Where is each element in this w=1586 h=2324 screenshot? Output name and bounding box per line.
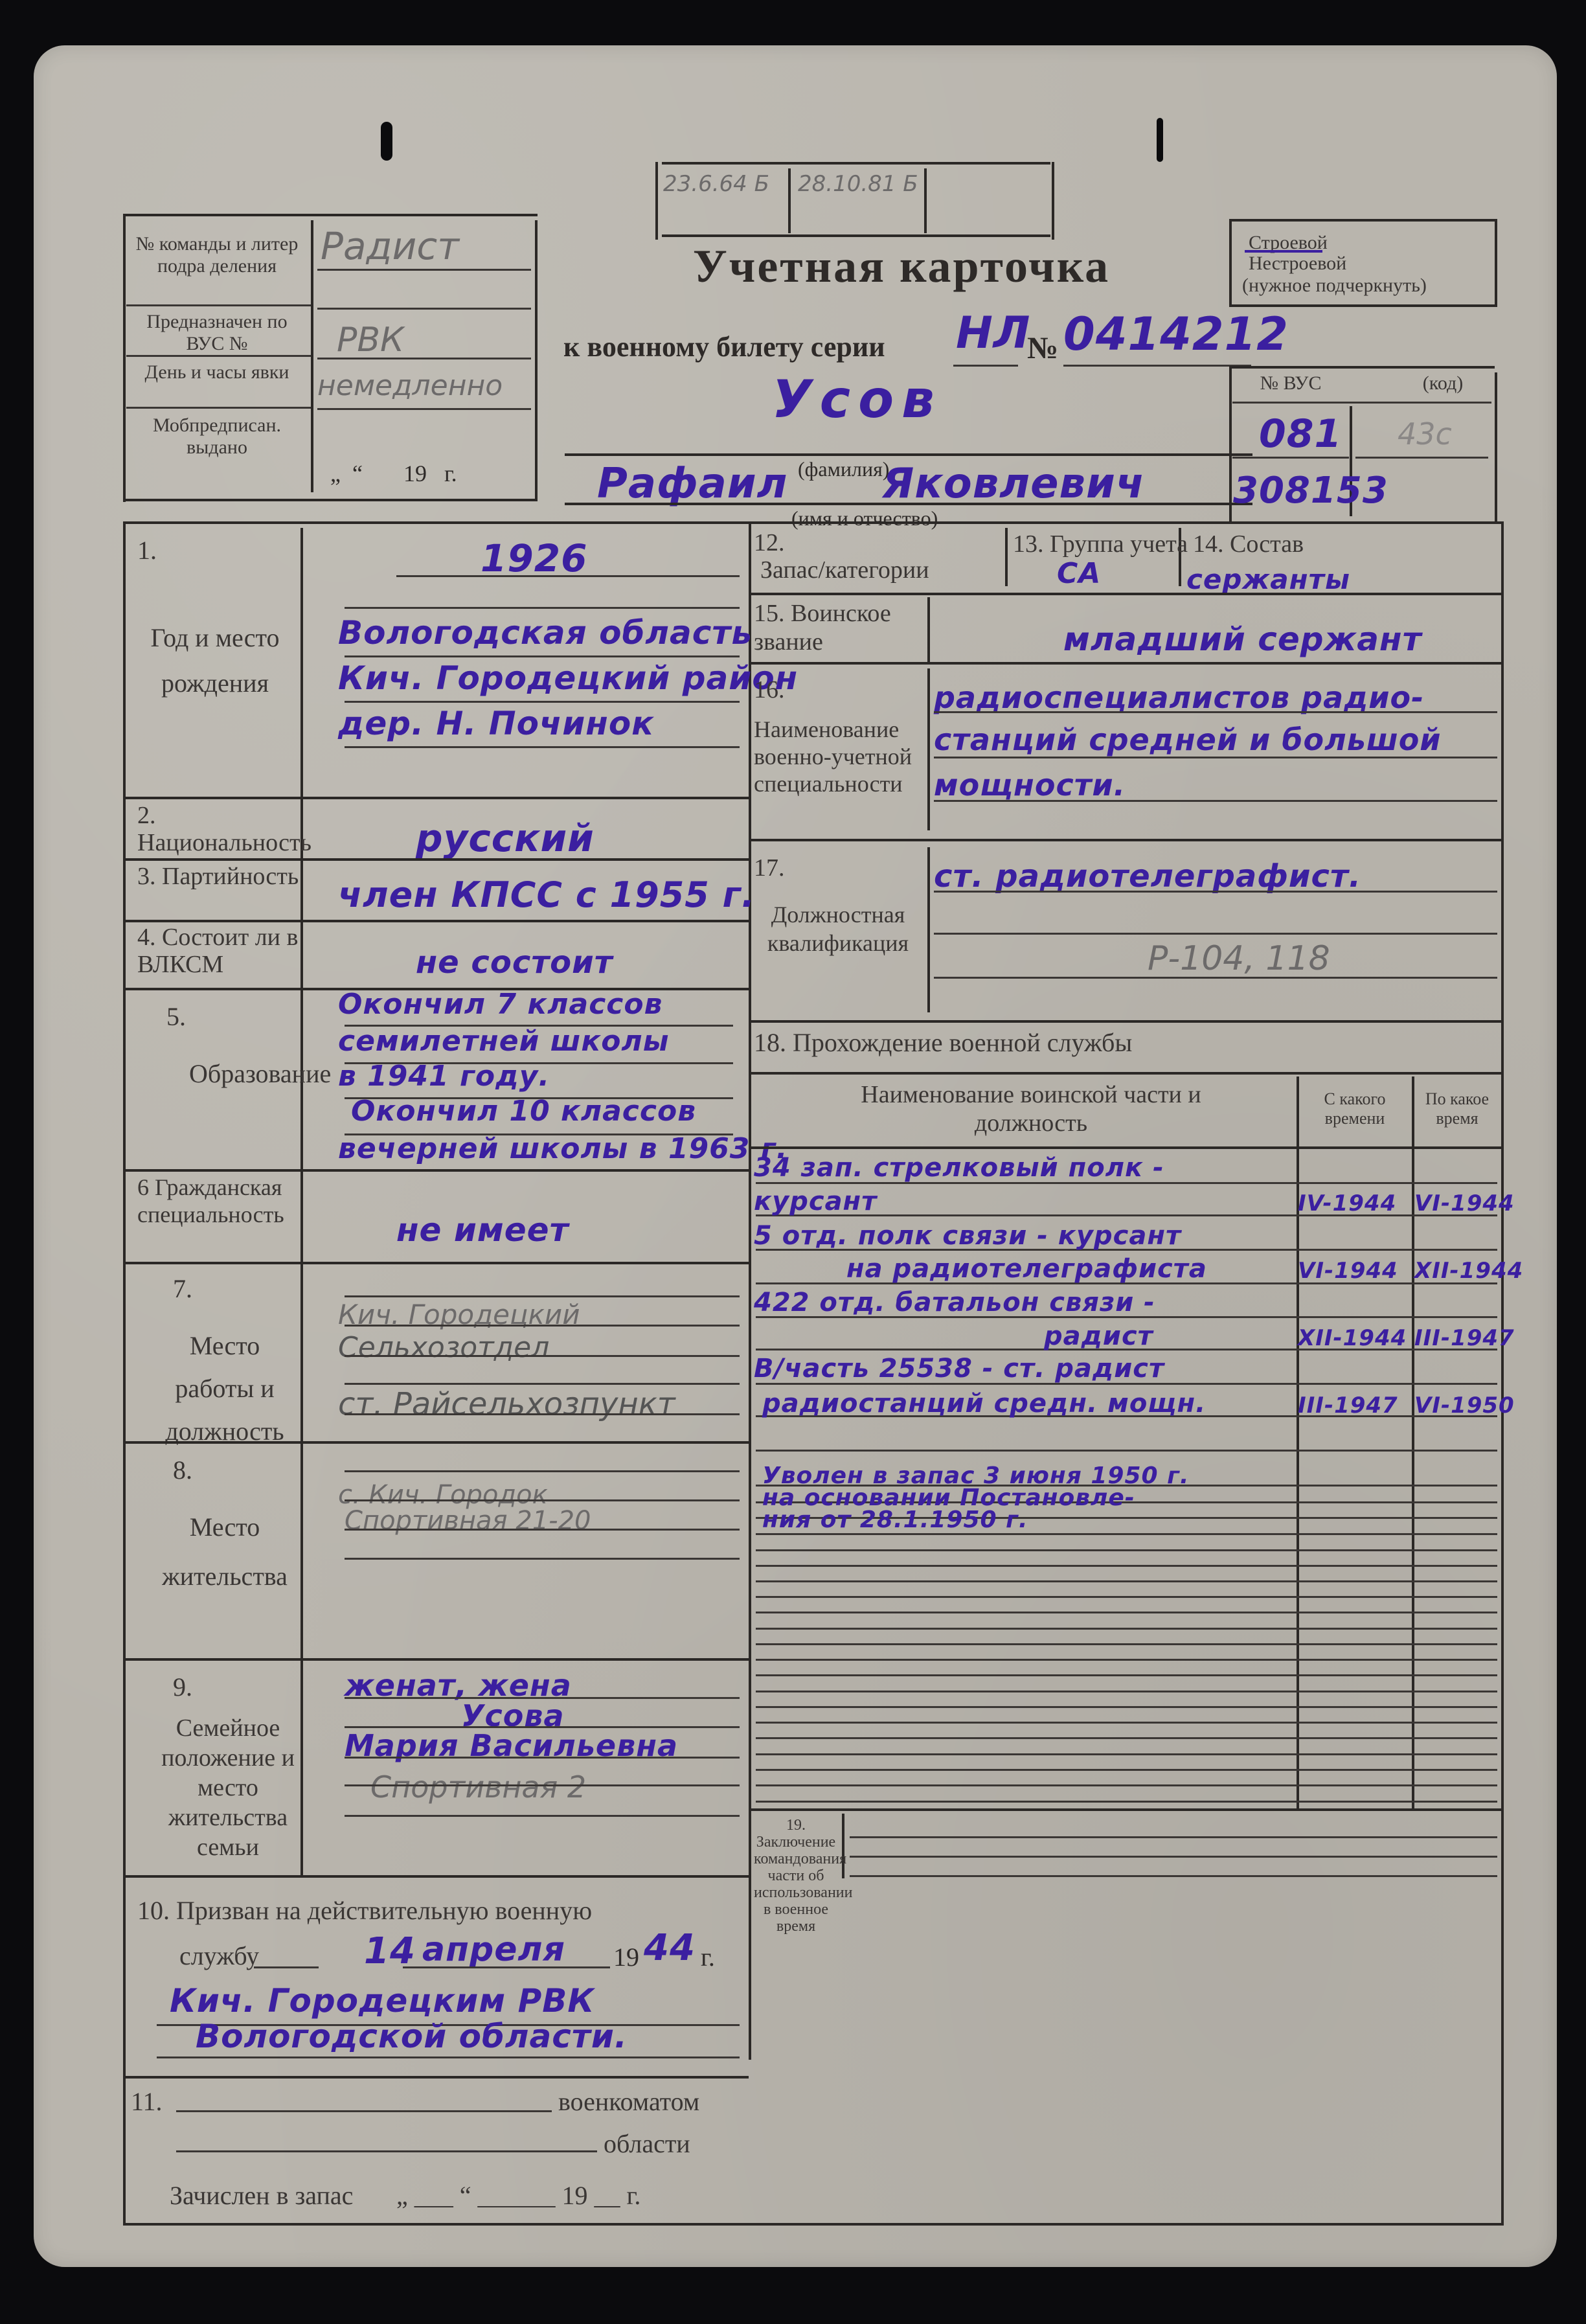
f13-label: 13. Группа учета — [1013, 531, 1188, 557]
f5-num: 5. — [166, 1004, 186, 1030]
personnel-category: сержанты — [1186, 564, 1350, 595]
ticket-prefix: к военному билету серии — [563, 330, 885, 363]
label-vus-destination: Предназначен по ВУС № — [130, 311, 304, 355]
ticket-series: НЛ — [956, 308, 1030, 359]
service-from: III-1947 — [1298, 1393, 1398, 1418]
value-report-time: немедленно — [317, 369, 503, 402]
specialty-line-3: мощности. — [934, 768, 1126, 803]
f10-label: 10. Призван на действительную военную — [137, 1898, 592, 1924]
label-report-time: День и часы явки — [130, 361, 304, 383]
qualification-line-1: ст. радиотелеграфист. — [934, 858, 1361, 894]
f1-num: 1. — [137, 538, 157, 564]
civil-specialty: не имеет — [396, 1211, 569, 1249]
first-name: Рафаил — [597, 460, 788, 508]
f16-label: Наименование военно-учетной специальност… — [754, 716, 922, 797]
f17-num: 17. — [754, 855, 785, 881]
f9-label: Семейное положение и место жительства се… — [157, 1713, 299, 1862]
f8-label: Место жительства — [157, 1503, 293, 1601]
family-line-4: Спортивная 2 — [370, 1770, 586, 1805]
main-top-border — [123, 521, 1502, 524]
f1-label: Год и место рождения — [137, 615, 293, 706]
f11-num: 11. — [131, 2089, 163, 2115]
draft-year-suffix: 44 — [644, 1927, 696, 1969]
f19-label: 19. Заключение командования части об исп… — [754, 1817, 838, 1935]
surname-caption: (фамилия) — [798, 457, 889, 481]
specialty-line-1: радиоспециалистов радио- — [934, 680, 1424, 715]
service-to: VI-1944 — [1414, 1190, 1515, 1216]
service-type-note: (нужное подчеркнуть) — [1242, 275, 1427, 297]
birth-place-line-1: Вологодская область — [338, 614, 753, 652]
f11-voenkomat: военкоматом — [558, 2089, 699, 2115]
f16-num: 16. — [754, 677, 785, 703]
service-unit-line: радиостанций средн. мощн. — [762, 1389, 1206, 1418]
service-unit-line: 5 отд. полк связи - курсант — [754, 1221, 1181, 1251]
service-from: VI-1944 — [1298, 1258, 1398, 1284]
left-header-box: № команды и литер подра деления Радист П… — [123, 214, 538, 502]
service-type-noncombat: Нестроевой — [1249, 253, 1346, 275]
education-line-1: Окончил 7 классов — [338, 988, 663, 1021]
service-type-box: Строевой Нестроевой (нужное подчеркнуть) — [1229, 219, 1501, 310]
surname: Усов — [772, 369, 942, 429]
party-membership: член КПСС с 1955 г. — [338, 874, 755, 915]
workplace-line-2: Сельхозотдел — [338, 1331, 549, 1364]
f3-label: 3. Партийность — [137, 863, 299, 890]
code-value: 43с — [1398, 416, 1452, 451]
number-sign: № — [1027, 330, 1058, 366]
nationality: русский — [416, 816, 595, 860]
discharge-note-line-3: ния от 28.1.1950 г. — [762, 1507, 1028, 1533]
service-to: XII-1944 — [1414, 1258, 1523, 1284]
f17-label: Должностная квалификация — [754, 900, 922, 957]
f9-num: 9. — [173, 1674, 192, 1700]
service-unit-line: 34 зап. стрелковый полк - — [754, 1153, 1164, 1183]
service-unit-line: курсант — [754, 1187, 877, 1216]
f11-oblasti: области — [604, 2131, 690, 2157]
stamp-cell-1: 23.6.64 Б — [663, 171, 786, 197]
draft-month: апреля — [422, 1930, 565, 1969]
f18-col-unit: Наименование воинской части и должность — [811, 1080, 1251, 1137]
value-vus-destination: РВК — [337, 321, 404, 359]
draft-year-g: г. — [701, 1942, 715, 1972]
birth-place-line-2: Кич. Городецкий район — [338, 659, 798, 697]
specialty-line-2: станций средней и большой — [934, 722, 1442, 757]
service-unit-line: В/часть 25538 - ст. радист — [754, 1354, 1164, 1384]
f4-label: 4. Состоит ли в ВЛКСМ — [137, 924, 299, 978]
military-rank: младший сержант — [1063, 621, 1422, 658]
value-command-no: Радист — [321, 224, 459, 268]
f18-col-to: По какое время — [1416, 1089, 1499, 1128]
f10-label-service: службу — [179, 1943, 259, 1969]
f11-date-template: „ ___ “ ______ 19 __ г. — [396, 2183, 640, 2209]
drafted-by-line-1: Кич. Городецким РВК — [170, 1982, 595, 2020]
stamp-box: 23.6.64 Б 28.10.81 Б — [655, 162, 1057, 240]
residence-line-2: Спортивная 21-20 — [345, 1506, 591, 1536]
accounting-group: СА — [1057, 557, 1101, 590]
registration-card: 23.6.64 Б 28.10.81 Б № команды и литер п… — [34, 45, 1557, 2267]
service-unit-line: 422 отд. батальон связи - — [754, 1288, 1155, 1317]
education-line-5: вечерней школы в 1963 г. — [338, 1132, 787, 1165]
education-line-3: в 1941 году. — [338, 1060, 550, 1093]
f14-label: 14. Состав — [1193, 531, 1304, 557]
ticket-number: 0414212 — [1063, 308, 1289, 361]
vus-label: № ВУС — [1236, 372, 1346, 394]
workplace-line-3: ст. Райсельхозпункт — [338, 1386, 675, 1422]
vus-extra: 308153 — [1233, 470, 1388, 512]
draft-year-prefix: 19 — [613, 1942, 639, 1972]
service-from: XII-1944 — [1298, 1325, 1407, 1351]
service-to: VI-1950 — [1414, 1393, 1515, 1418]
name-caption: (имя и отчество) — [791, 507, 938, 530]
f18-title: 18. Прохождение военной службы — [754, 1030, 1132, 1056]
birth-year: 1926 — [481, 536, 587, 580]
f8-num: 8. — [173, 1457, 192, 1483]
f18-col-from: С какого времени — [1300, 1089, 1409, 1128]
f11-enrolled: Зачислен в запас — [170, 2183, 353, 2209]
label-command-no: № команды и литер подра деления — [130, 233, 304, 277]
center-divider — [749, 521, 751, 2060]
stamp-cell-2: 28.10.81 Б — [798, 171, 921, 197]
f15-label: 15. Воинское звание — [754, 599, 922, 656]
f2-label: 2. Национальность — [137, 802, 299, 856]
education-line-4: Окончил 10 классов — [351, 1095, 696, 1128]
vus-box: № ВУС (код) 081 43с 308153 — [1229, 366, 1501, 521]
qualification-line-2: Р-104, 118 — [1148, 939, 1330, 978]
f7-label: Место работы и должность — [157, 1325, 293, 1453]
punch-hole-left — [381, 122, 392, 161]
service-to: III-1947 — [1414, 1325, 1515, 1351]
komsomol-status: не состоит — [416, 944, 613, 981]
label-mob-order: Мобпредписан. выдано — [130, 415, 304, 459]
card-title: Учетная карточка — [655, 240, 1148, 293]
f12-num: 12. — [754, 530, 785, 556]
education-line-2: семилетней школы — [338, 1025, 670, 1058]
service-unit-line: радист — [1044, 1321, 1153, 1351]
f5-label: Образование — [189, 1049, 280, 1099]
drafted-by-line-2: Вологодской области. — [196, 2018, 628, 2055]
punch-hole-right — [1157, 118, 1163, 162]
vus-number: 081 — [1259, 411, 1342, 457]
birth-place-line-3: дер. Н. Починок — [338, 705, 654, 742]
service-unit-line: на радиотелеграфиста — [846, 1254, 1207, 1284]
f7-num: 7. — [173, 1276, 192, 1302]
f12-label: Запас/категории — [760, 557, 929, 583]
patronymic: Яковлевич — [882, 460, 1145, 508]
code-label: (код) — [1398, 372, 1488, 394]
service-from: IV-1944 — [1298, 1190, 1396, 1216]
f6-label: 6 Гражданская специальность — [137, 1174, 293, 1228]
value-mob-order: „ “ 19 г. — [330, 460, 457, 487]
